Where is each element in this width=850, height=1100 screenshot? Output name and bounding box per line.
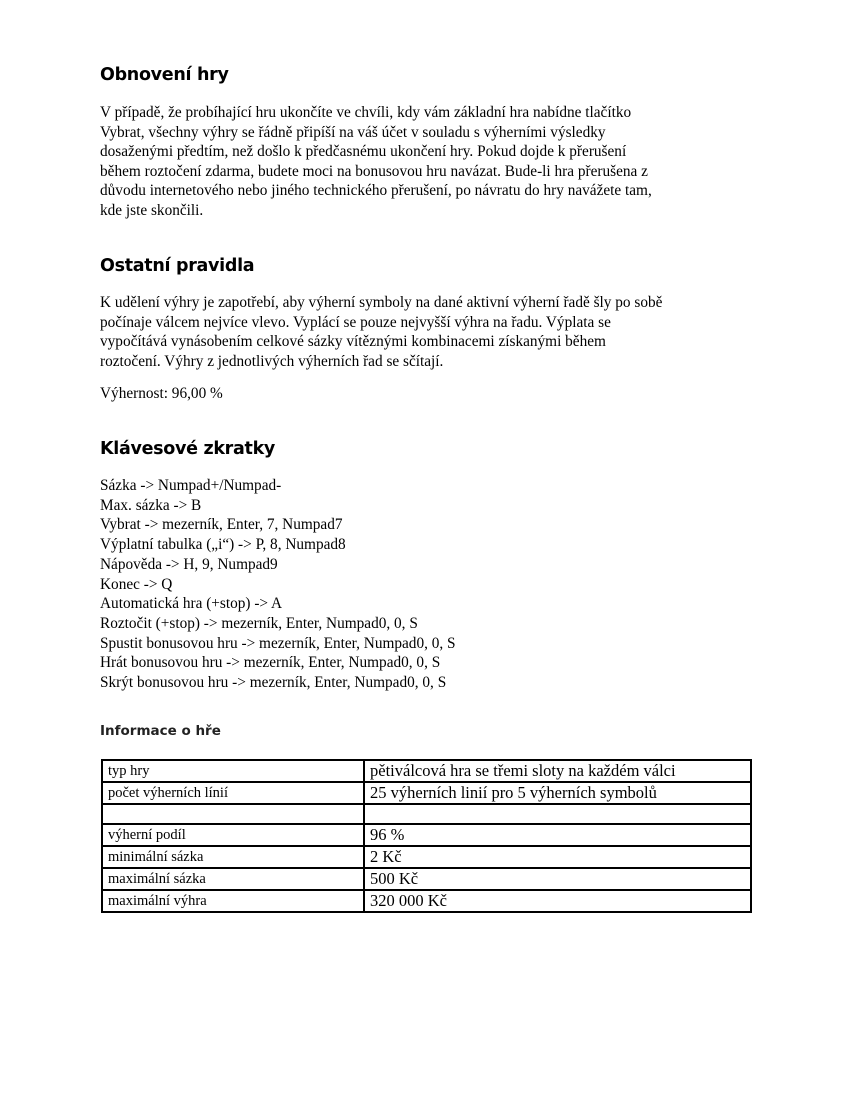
row-label: maximální výhra [102, 890, 364, 912]
shortcut-item: Roztočit (+stop) -> mezerník, Enter, Num… [100, 614, 456, 634]
row-value: 96 % [364, 824, 751, 846]
row-value: 2 Kč [364, 846, 751, 868]
heading-other-rules: Ostatní pravidla [100, 256, 254, 276]
table-row [102, 804, 751, 824]
paragraph-line: K udělení výhry je zapotřebí, aby výhern… [100, 293, 760, 313]
row-value: 25 výherních linií pro 5 výherních symbo… [364, 782, 751, 804]
shortcut-item: Vybrat -> mezerník, Enter, 7, Numpad7 [100, 515, 456, 535]
shortcut-item: Konec -> Q [100, 575, 456, 595]
table-row: výherní podíl 96 % [102, 824, 751, 846]
heading-restore: Obnovení hry [100, 65, 229, 85]
heading-shortcuts: Klávesové zkratky [100, 439, 275, 459]
shortcut-item: Hrát bonusovou hru -> mezerník, Enter, N… [100, 653, 456, 673]
paragraph-line: kde jste skončili. [100, 201, 760, 221]
rtp-text: Výhernost: 96,00 % [100, 384, 760, 404]
paragraph-line: počínaje válcem nejvíce vlevo. Vyplácí s… [100, 313, 760, 333]
row-label: minimální sázka [102, 846, 364, 868]
row-value: pětiválcová hra se třemi sloty na každém… [364, 760, 751, 782]
shortcut-item: Sázka -> Numpad+/Numpad- [100, 476, 456, 496]
row-value [364, 804, 751, 824]
paragraph-line: dosaženými předtím, než došlo k předčasn… [100, 142, 760, 162]
row-label: výherní podíl [102, 824, 364, 846]
paragraph-line: V případě, že probíhající hru ukončíte v… [100, 103, 760, 123]
shortcut-item: Spustit bonusovou hru -> mezerník, Enter… [100, 634, 456, 654]
shortcut-item: Nápověda -> H, 9, Numpad9 [100, 555, 456, 575]
shortcut-item: Automatická hra (+stop) -> A [100, 594, 456, 614]
row-value: 500 Kč [364, 868, 751, 890]
table-row: maximální výhra 320 000 Kč [102, 890, 751, 912]
table-row: počet výherních línií 25 výherních linií… [102, 782, 751, 804]
paragraph-other-rules: K udělení výhry je zapotřebí, aby výhern… [100, 293, 760, 371]
table-row: maximální sázka 500 Kč [102, 868, 751, 890]
row-label: typ hry [102, 760, 364, 782]
shortcut-item: Výplatní tabulka („i“) -> P, 8, Numpad8 [100, 535, 456, 555]
shortcut-item: Max. sázka -> B [100, 496, 456, 516]
row-label: počet výherních línií [102, 782, 364, 804]
paragraph-line: roztočení. Výhry z jednotlivých výherníc… [100, 352, 760, 372]
shortcut-item: Skrýt bonusovou hru -> mezerník, Enter, … [100, 673, 456, 693]
game-info-table: typ hry pětiválcová hra se třemi sloty n… [101, 759, 752, 913]
heading-game-info: Informace o hře [100, 723, 221, 739]
shortcut-list: Sázka -> Numpad+/Numpad- Max. sázka -> B… [100, 476, 456, 693]
paragraph-line: během roztočení zdarma, budete moci na b… [100, 162, 760, 182]
table-row: typ hry pětiválcová hra se třemi sloty n… [102, 760, 751, 782]
paragraph-restore: V případě, že probíhající hru ukončíte v… [100, 103, 760, 220]
row-label [102, 804, 364, 824]
table-row: minimální sázka 2 Kč [102, 846, 751, 868]
row-label: maximální sázka [102, 868, 364, 890]
paragraph-line: Vybrat, všechny výhry se řádně připíší n… [100, 123, 760, 143]
row-value: 320 000 Kč [364, 890, 751, 912]
paragraph-line: důvodu internetového nebo jiného technic… [100, 181, 760, 201]
paragraph-line: vypočítává vynásobením celkové sázky vít… [100, 332, 760, 352]
